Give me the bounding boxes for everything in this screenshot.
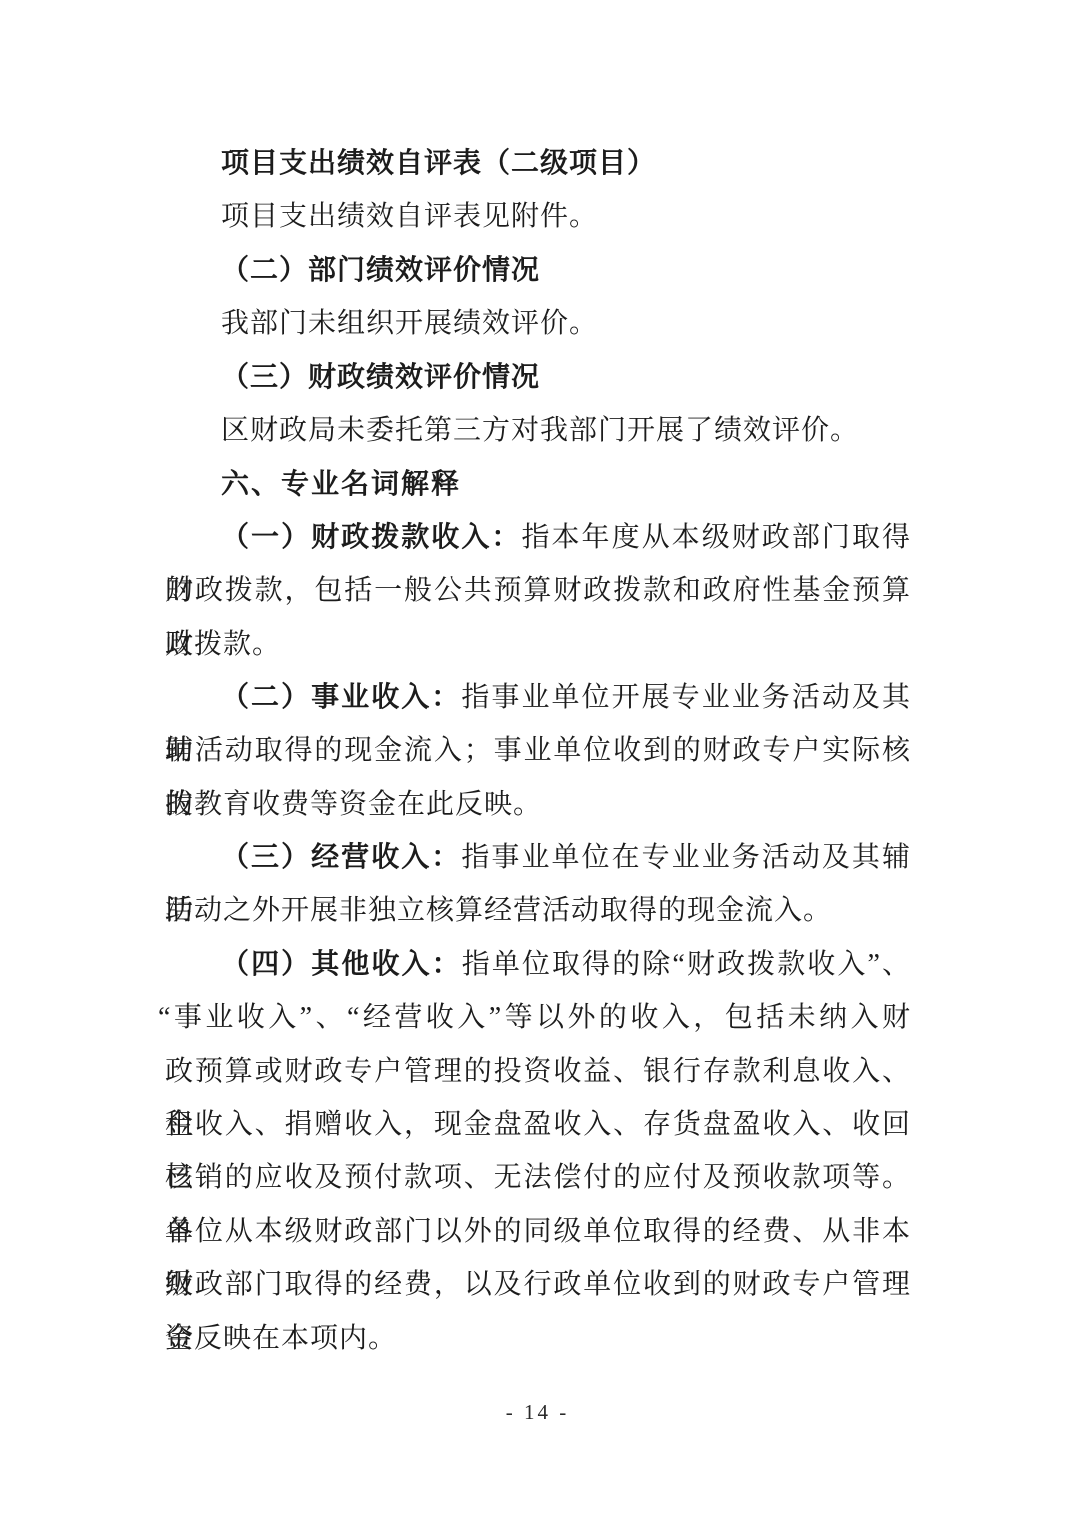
definition-lead-line: （三）经营收入：指事业单位在专业业务活动及其辅助 — [165, 831, 911, 884]
body-text-line: 的教育收费等资金在此反映。 — [165, 778, 911, 831]
body-text-line: 单位从本级财政部门以外的同级单位取得的经费、从非本级 — [165, 1205, 911, 1258]
body-text-line: 政拨款。 — [165, 618, 911, 671]
definition-lead-line: （二）事业收入：指事业单位开展专业业务活动及其辅 — [165, 671, 911, 724]
body-text-line: 我部门未组织开展绩效评价。 — [165, 297, 911, 350]
term-label: （三）经营收入： — [221, 842, 461, 873]
body-text-line: 财政部门取得的经费，以及行政单位收到的财政专户管理资 — [165, 1258, 911, 1311]
body-text-line: 财政拨款，包括一般公共预算财政拨款和政府性基金预算财 — [165, 564, 911, 617]
page-footer: - 14 - — [0, 1400, 1075, 1425]
term-label: （四）其他收入： — [221, 949, 462, 980]
term-label: （二）事业收入： — [221, 682, 461, 713]
page-number: - 14 - — [506, 1400, 570, 1424]
chapter-heading-line: 六、专业名词解释 — [165, 457, 911, 510]
definition-lead-line: （一）财政拨款收入：指本年度从本级财政部门取得的 — [165, 511, 911, 564]
body-text-line: 活动之外开展非独立核算经营活动取得的现金流入。 — [165, 884, 911, 937]
definition-lead-line: （四）其他收入：指单位取得的除“财政拨款收入”、 — [165, 938, 911, 991]
document-page: 项目支出绩效自评表（二级项目）项目支出绩效自评表见附件。（二）部门绩效评价情况我… — [0, 0, 1075, 1520]
body-text-line: 区财政局未委托第三方对我部门开展了绩效评价。 — [165, 404, 911, 457]
term-definition-text: 指单位取得的除“财政拨款收入”、 — [462, 949, 911, 980]
body-text-line: 核销的应收及预付款项、无法偿付的应付及预收款项等。各 — [165, 1151, 911, 1204]
section-heading-line: （三）财政绩效评价情况 — [165, 351, 911, 404]
term-label: （一）财政拨款收入： — [221, 522, 521, 553]
body-text-line: 政预算或财政专户管理的投资收益、银行存款利息收入、租 — [165, 1045, 911, 1098]
body-text-line: 助活动取得的现金流入；事业单位收到的财政专户实际核拨 — [165, 724, 911, 777]
body-text-line: 金反映在本项内。 — [165, 1312, 911, 1365]
body-text-line: “事业收入”、“经营收入”等以外的收入，包括未纳入财 — [165, 991, 911, 1044]
body-text-line: 金收入、捐赠收入，现金盘盈收入、存货盘盈收入、收回已 — [165, 1098, 911, 1151]
section-heading-line: 项目支出绩效自评表（二级项目） — [165, 137, 911, 190]
section-heading-line: （二）部门绩效评价情况 — [165, 244, 911, 297]
document-body: 项目支出绩效自评表（二级项目）项目支出绩效自评表见附件。（二）部门绩效评价情况我… — [165, 137, 911, 1365]
body-text-line: 项目支出绩效自评表见附件。 — [165, 190, 911, 243]
